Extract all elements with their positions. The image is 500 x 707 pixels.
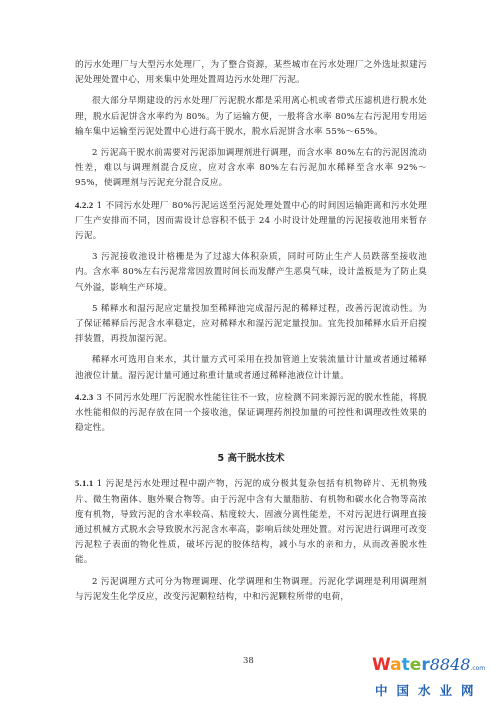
paragraph-dilution-water: 稀释水可选用自来水，其计量方式可采用在投加管道上安装流量计计量或者通过稀释池液位… bbox=[75, 353, 427, 383]
paragraph-4-2-3: 4.2.3 3 不同污水处理厂污泥脱水性能往往不一致，应检测不同来源污泥的脱水性… bbox=[75, 390, 427, 437]
watermark-logo: Water8848.com 中国水业网 bbox=[372, 656, 497, 701]
logo-letter: a bbox=[390, 655, 401, 675]
section-number: 4.2.3 bbox=[75, 392, 93, 402]
paragraph-5-1-1: 5.1.1 1 污泥是污水处理过程中副产物，污泥的成分极其复杂包括有机物碎片、无… bbox=[75, 476, 427, 568]
chapter-heading: 5 高干脱水技术 bbox=[75, 450, 427, 464]
paragraph-4-2-2: 4.2.2 1 不同污水处理厂 80%污泥运送至污泥处理处置中心的时间因运输距离… bbox=[75, 198, 427, 245]
paragraph-item-2-conditioning: 2 污泥高干脱水前需要对污泥添加调理剂进行调理，而含水率 80%左右的污泥因流动… bbox=[75, 146, 427, 192]
section-number: 4.2.2 bbox=[75, 200, 93, 210]
logo-letter: t bbox=[402, 655, 410, 675]
logo-letter: r bbox=[421, 655, 429, 675]
document-page: 的污水处理厂与大型污水处理厂，为了整合资源，某些城市在污水处理厂之外选址拟建污泥… bbox=[75, 58, 427, 611]
paragraph-text: 1 污泥是污水处理过程中副产物，污泥的成分极其复杂包括有机物碎片、无机物残片、微… bbox=[75, 479, 427, 565]
paragraph-continuation: 的污水处理厂与大型污水处理厂，为了整合资源，某些城市在污水处理厂之外选址拟建污泥… bbox=[75, 58, 427, 88]
paragraph-item-2-methods: 2 污泥调理方式可分为物理调理、化学调理和生物调理。污泥化学调理是利用调理剂与污… bbox=[75, 575, 427, 605]
paragraph-dewatering-intro: 很大部分早期建设的污水处理厂污泥脱水都是采用离心机或者带式压滤机进行脱水处理，脱… bbox=[75, 94, 427, 140]
paragraph-item-3-receiving-tank: 3 污泥接收池设计格栅是为了过滤大体积杂质，同时可防止生产人员跌落至接收池内。含… bbox=[75, 250, 427, 296]
paragraph-text: 3 不同污水处理厂污泥脱水性能往往不一致，应检测不同来源污泥的脱水性能，将脱水性… bbox=[75, 393, 427, 433]
logo-letter: W bbox=[372, 655, 390, 675]
logo-chinese: 中国水业网 bbox=[372, 681, 497, 699]
logo-wordmark: Water8848.com bbox=[372, 656, 497, 678]
section-number: 5.1.1 bbox=[75, 478, 93, 488]
page-number: 38 bbox=[243, 656, 254, 666]
paragraph-item-5-dilution: 5 稀释水和湿污泥应定量投加至稀释池完成湿污泥的稀释过程，改善污泥流动性。为了保… bbox=[75, 302, 427, 348]
paragraph-text: 1 不同污水处理厂 80%污泥运送至污泥处理处置中心的时间因运输距离和污水处理厂… bbox=[75, 201, 427, 241]
logo-suffix: .com bbox=[470, 665, 485, 672]
logo-number: 8848 bbox=[430, 655, 471, 674]
logo-letter: e bbox=[410, 655, 422, 675]
